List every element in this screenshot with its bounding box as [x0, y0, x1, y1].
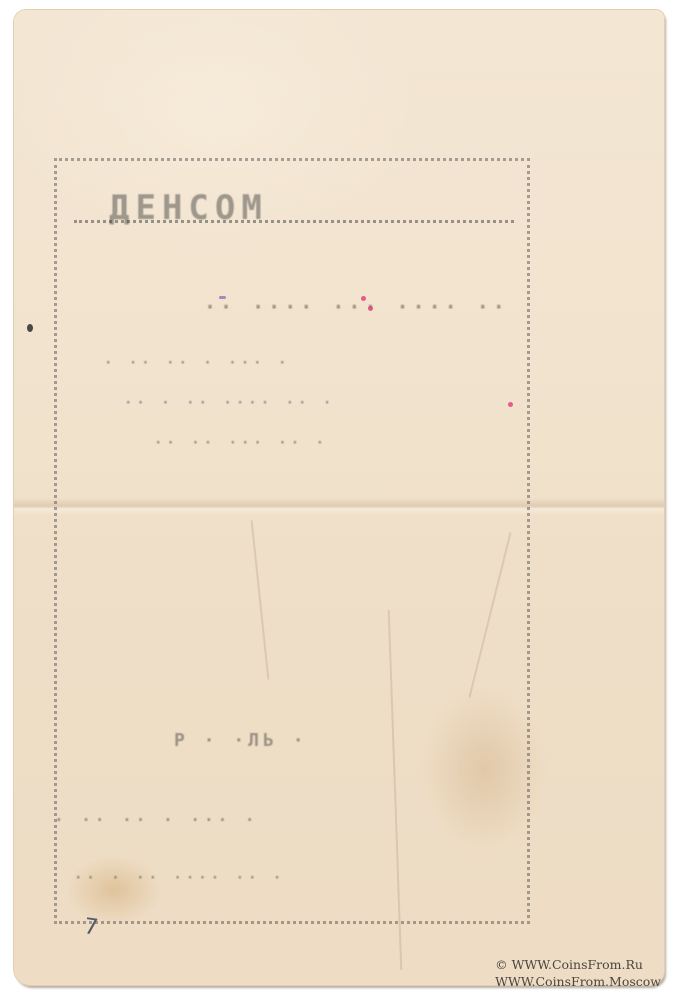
pink-ink-speck [508, 402, 513, 407]
stamp-heading-bleedthrough: ДЕНСОМ [109, 188, 268, 228]
stamp-text-line: ·· ·· ··· ·· · [154, 435, 328, 451]
stamp-text-line: ·· · ·· ···· ·· · [124, 395, 335, 411]
stamp-text-line: · ·· ·· · ··· · [104, 355, 290, 371]
watermark-line-1: © WWW.CoinsFrom.Ru [495, 956, 661, 973]
stamp-text-line: ·· ···· ··· ···· ·· [204, 295, 509, 319]
watermark: © WWW.CoinsFrom.Ru WWW.CoinsFrom.Moscow [495, 956, 661, 990]
banknote-reverse: ДЕНСОМ ·· ···· ··· ···· ·· · ·· ·· · ···… [14, 10, 664, 985]
watermark-line-2: WWW.CoinsFrom.Moscow [495, 973, 661, 990]
ink-spot [27, 324, 33, 332]
pink-ink-speck [368, 306, 373, 311]
faint-text-line: ·· · ·· ···· ·· · [74, 870, 285, 886]
faint-text-line: Р · ·ЛЬ · [174, 730, 308, 751]
handwritten-pencil-mark: 7 [82, 914, 99, 941]
pink-ink-speck [361, 296, 366, 301]
purple-ink-speck [219, 296, 226, 299]
faint-text-line: · ·· ·· · ··· · [54, 810, 259, 829]
